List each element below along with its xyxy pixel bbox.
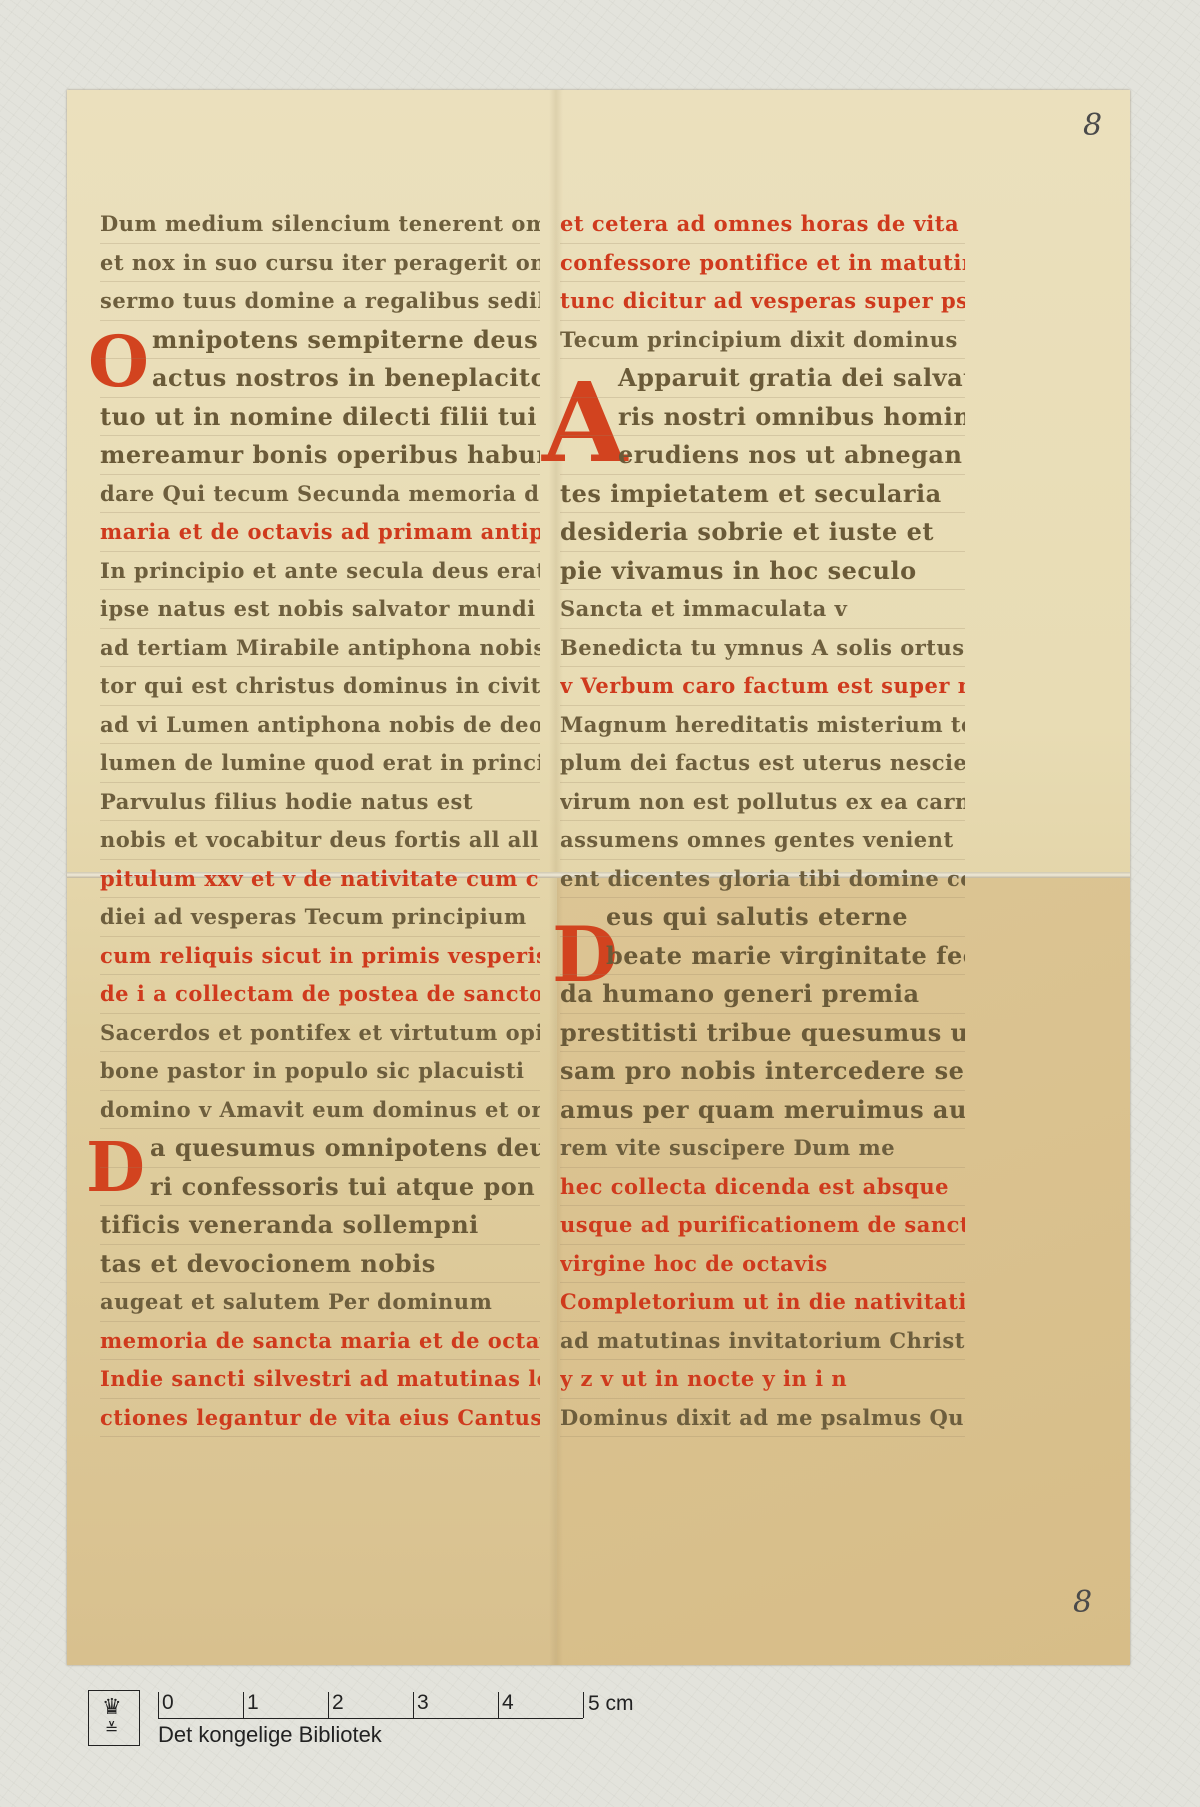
crown-icon: ♛ — [102, 1697, 122, 1719]
text-line: diei ad vesperas Tecum principium — [100, 898, 540, 937]
crown-k-logo-icon: ♛ ≚ — [88, 1690, 140, 1746]
text-line: et cetera ad omnes horas de vita — [560, 205, 965, 244]
text-line: Benedicta tu ymnus A solis ortus cardine — [560, 629, 965, 668]
text-line: actus nostros in beneplacito — [100, 359, 540, 398]
text-line: ipse natus est nobis salvator mundi — [100, 590, 540, 629]
text-line: usque ad purificationem de sancta — [560, 1206, 965, 1245]
text-line: virgine hoc de octavis — [560, 1245, 965, 1284]
tick-5 — [583, 1692, 587, 1718]
text-line: beate marie virginitate fecun — [560, 937, 965, 976]
text-line: a quesumus omnipotens deus ut beati silv… — [100, 1129, 540, 1168]
centimeter-ruler: 0 1 2 3 4 — [158, 1692, 583, 1719]
folio-number-bottom: 8 — [1073, 1585, 1092, 1620]
text-line: mereamur bonis operibus habun — [100, 436, 540, 475]
text-line: et nox in suo cursu iter peragerit omnip… — [100, 244, 540, 283]
text-line: ad tertiam Mirabile antiphona nobis hodi… — [100, 629, 540, 668]
text-line: virum non est pollutus ex ea carnem — [560, 783, 965, 822]
text-line: pitulum xxv et v de nativitate cum colle… — [100, 860, 540, 899]
k-monogram-icon: ≚ — [105, 1721, 118, 1737]
text-line: tificis veneranda sollempni — [100, 1206, 540, 1245]
text-line: tunc dicitur ad vesperas super psalmos e… — [560, 282, 965, 321]
tick-2: 2 — [328, 1692, 344, 1718]
text-line: y z v ut in nocte y in i n — [560, 1360, 965, 1399]
text-line: lumen de lumine quod erat in principio — [100, 744, 540, 783]
text-line: Dum medium silencium tenerent omnia — [100, 205, 540, 244]
left-column: Dum medium silencium tenerent omniaet no… — [100, 205, 540, 1437]
text-line: tuo ut in nomine dilecti filii tui — [100, 398, 540, 437]
text-line: hec collecta dicenda est absque — [560, 1168, 965, 1207]
text-line: ad vi Lumen antiphona nobis de deo — [100, 706, 540, 745]
text-line: tor qui est christus dominus in civitate… — [100, 667, 540, 706]
text-line: ctiones legantur de vita eius Cantus — [100, 1399, 540, 1438]
text-line: augeat et salutem Per dominum — [100, 1283, 540, 1322]
text-line: Sacerdos et pontifex et virtutum opifex — [100, 1014, 540, 1053]
right-column: et cetera ad omnes horas de vitaconfesso… — [560, 205, 965, 1437]
text-line: sam pro nobis intercedere senti — [560, 1052, 965, 1091]
text-line: dare Qui tecum Secunda memoria de sancta — [100, 475, 540, 514]
text-line: da humano generi premia — [560, 975, 965, 1014]
text-line: Indie sancti silvestri ad matutinas le — [100, 1360, 540, 1399]
text-line: cum reliquis sicut in primis vesperis — [100, 937, 540, 976]
text-line: assumens omnes gentes venient — [560, 821, 965, 860]
institution-name: Det kongelige Bibliotek — [158, 1722, 382, 1748]
text-line: bone pastor in populo sic placuisti — [100, 1052, 540, 1091]
text-line: Apparuit gratia dei salvato — [560, 359, 965, 398]
text-line: maria et de octavis ad primam antiphona — [100, 513, 540, 552]
text-line: amus per quam meruimus auto — [560, 1091, 965, 1130]
folio-number-top: 8 — [1083, 108, 1102, 143]
text-line: ad matutinas invitatorium Christus natus — [560, 1322, 965, 1361]
text-line: tes impietatem et secularia — [560, 475, 965, 514]
text-line: ent dicentes gloria tibi domine coll — [560, 860, 965, 899]
text-line: rem vite suscipere Dum me — [560, 1129, 965, 1168]
text-line: de i a collectam de postea de sancto sil… — [100, 975, 540, 1014]
text-line: tas et devocionem nobis — [100, 1245, 540, 1284]
text-line: sermo tuus domine a regalibus sedibus ve… — [100, 282, 540, 321]
tick-0: 0 — [158, 1692, 174, 1718]
text-line: Sancta et immaculata v — [560, 590, 965, 629]
text-line: v Verbum caro factum est super magnifica… — [560, 667, 965, 706]
text-line: Magnum hereditatis misterium tem — [560, 706, 965, 745]
text-line: erudiens nos ut abnegan — [560, 436, 965, 475]
text-line: Completorium ut in die nativitatis — [560, 1283, 965, 1322]
text-line: Tecum principium dixit dominus cum ceter… — [560, 321, 965, 360]
tick-3: 3 — [413, 1692, 429, 1718]
text-line: prestitisti tribue quesumus ut ip — [560, 1014, 965, 1053]
text-line: eus qui salutis eterne — [560, 898, 965, 937]
text-line: Parvulus filius hodie natus est — [100, 783, 540, 822]
tick-1: 1 — [243, 1692, 259, 1718]
ruler-end-label: 5 cm — [588, 1692, 634, 1716]
text-line: domino v Amavit eum dominus et orna coll — [100, 1091, 540, 1130]
text-line: Dominus dixit ad me psalmus Quare fremue… — [560, 1399, 965, 1438]
text-line: confessore pontifice et in matutinali — [560, 244, 965, 283]
text-line: pie vivamus in hoc seculo — [560, 552, 965, 591]
text-line: plum dei factus est uterus nesciens — [560, 744, 965, 783]
text-line: desideria sobrie et iuste et — [560, 513, 965, 552]
text-line: ri confessoris tui atque pon — [100, 1168, 540, 1207]
text-line: ris nostri omnibus hominibus — [560, 398, 965, 437]
text-line: In principio et ante secula deus erat ub… — [100, 552, 540, 591]
text-line: memoria de sancta maria et de octavis — [100, 1322, 540, 1361]
text-line: nobis et vocabitur deus fortis all all c… — [100, 821, 540, 860]
tick-4: 4 — [498, 1692, 514, 1718]
text-line: mnipotens sempiterne deus dirige coll — [100, 321, 540, 360]
